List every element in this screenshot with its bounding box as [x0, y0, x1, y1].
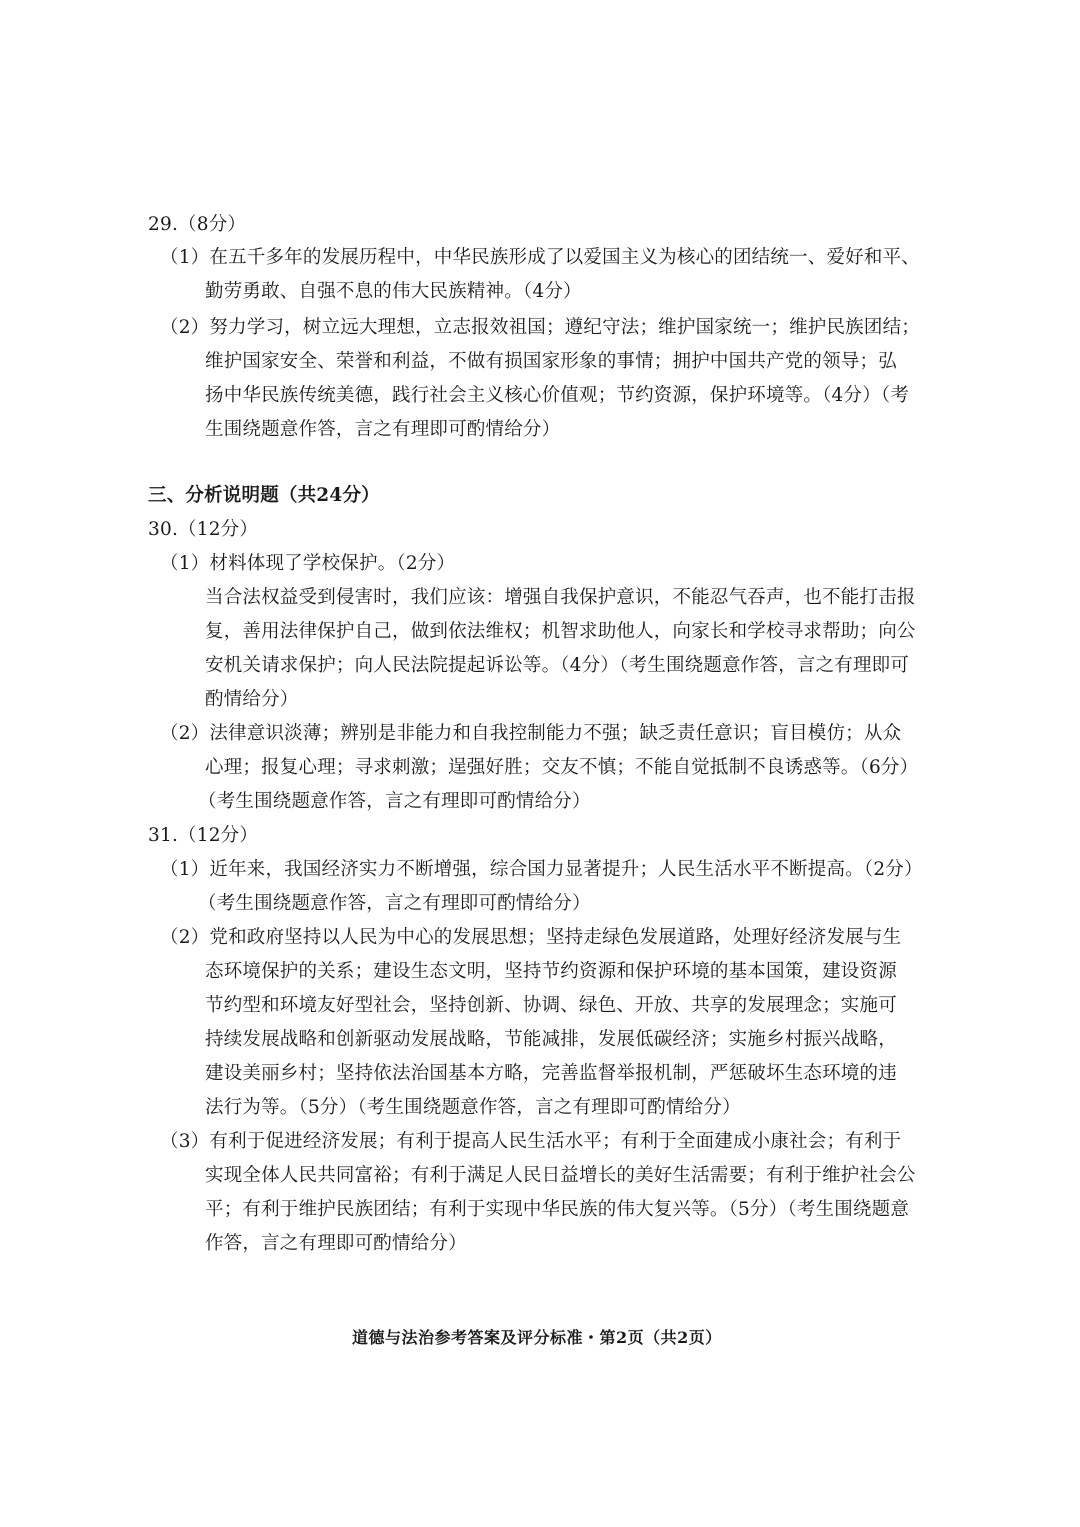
q29-part2-line1: （2）努力学习，树立远大理想，立志报效祖国；遵纪守法；维护国家统一；维护民族团结… [160, 316, 920, 340]
q30-part1-line3: 复，善用法律保护自己，做到依法维权；机智求助他人，向家长和学校寻求帮助；向公 [205, 620, 916, 644]
q31-part2-line3: 节约型和环境友好型社会，坚持创新、协调、绿色、开放、共享的发展理念；实施可 [205, 994, 897, 1018]
q31-part2-line5: 建设美丽乡村；坚持依法治国基本方略，完善监督举报机制，严惩破坏生态环境的违 [205, 1062, 897, 1086]
q31-part3-line4: 作答，言之有理即可酌情给分） [205, 1232, 467, 1256]
q30-part1-line5: 酌情给分） [205, 688, 299, 712]
q29-part2-line4: 生围绕题意作答，言之有理即可酌情给分） [205, 418, 560, 442]
q29-part2-line3: 扬中华民族传统美德，践行社会主义核心价值观；节约资源，保护环境等。（4分）（考 [205, 384, 909, 408]
q31-part2-line6: 法行为等。（5分）（考生围绕题意作答，言之有理即可酌情给分） [205, 1096, 741, 1120]
q31-part2-line4: 持续发展战略和创新驱动发展战略，节能减排，发展低碳经济；实施乡村振兴战略， [205, 1028, 897, 1052]
q31-part3-line2: 实现全体人民共同富裕；有利于满足人民日益增长的美好生活需要；有利于维护社会公 [205, 1164, 916, 1188]
page-footer: 道德与法治参考答案及评分标准・第2页（共2页） [352, 1326, 722, 1350]
q29-part2-line2: 维护国家安全、荣誉和利益，不做有损国家形象的事情；拥护中国共产党的领导；弘 [205, 350, 897, 374]
q30-part1-line1: （1）材料体现了学校保护。（2分） [160, 552, 455, 576]
q31-part3-line1: （3）有利于促进经济发展；有利于提高人民生活水平；有利于全面建成小康社会；有利于 [160, 1130, 901, 1154]
q31-part2-line1: （2）党和政府坚持以人民为中心的发展思想；坚持走绿色发展道路，处理好经济发展与生 [160, 926, 901, 950]
q30-part1-line4: 安机关请求保护；向人民法院提起诉讼等。（4分）（考生围绕题意作答，言之有理即可 [205, 654, 909, 678]
q30-part2-line2: 心理；报复心理；寻求刺激；逞强好胜；交友不慎；不能自觉抵制不良诱惑等。（6分） [205, 756, 918, 780]
q29-part1-line2: 勤劳勇敢、自强不息的伟大民族精神。（4分） [205, 280, 582, 304]
q29-part1-line1: （1）在五千多年的发展历程中，中华民族形成了以爱国主义为核心的团结统一、爱好和平… [160, 246, 920, 270]
q30-part2-line3: （考生围绕题意作答，言之有理即可酌情给分） [198, 790, 591, 814]
question-29-header: 29.（8分） [148, 213, 246, 237]
section-3-title: 三、分析说明题（共24分） [148, 484, 380, 508]
q31-part1-line1: （1）近年来，我国经济实力不断增强，综合国力显著提升；人民生活水平不断提高。（2… [160, 858, 923, 882]
q31-part3-line3: 平；有利于维护民族团结；有利于实现中华民族的伟大复兴等。（5分）（考生围绕题意 [205, 1198, 909, 1222]
q30-part1-line2: 当合法权益受到侵害时，我们应该：增强自我保护意识，不能忍气吞声，也不能打击报 [205, 586, 916, 610]
q30-part2-line1: （2）法律意识淡薄；辨别是非能力和自我控制能力不强；缺乏责任意识；盲目模仿；从众 [160, 722, 901, 746]
q31-part1-line2: （考生围绕题意作答，言之有理即可酌情给分） [198, 892, 591, 916]
question-31-header: 31.（12分） [148, 824, 258, 848]
q31-part2-line2: 态环境保护的关系；建设生态文明，坚持节约资源和保护环境的基本国策，建设资源 [205, 960, 897, 984]
document-page: 29.（8分） （1）在五千多年的发展历程中，中华民族形成了以爱国主义为核心的团… [0, 0, 1080, 1527]
question-30-header: 30.（12分） [148, 518, 258, 542]
